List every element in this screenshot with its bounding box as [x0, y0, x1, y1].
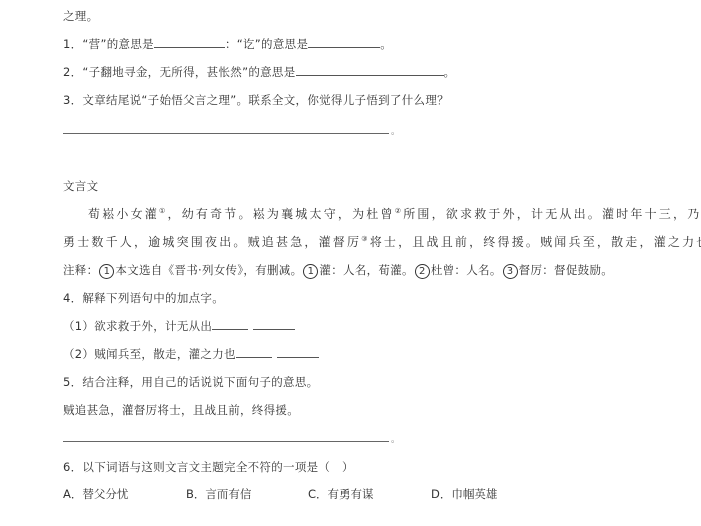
answer-line-3-period: 。: [391, 124, 400, 137]
footnote-marker-3: ③: [361, 235, 369, 243]
question-2-prefix: 2．“子翻地寻金，无所得，甚怅然”的意思是: [63, 65, 296, 79]
answer-blank-4-1a[interactable]: [212, 318, 248, 330]
answer-blank-4-2a[interactable]: [236, 346, 272, 358]
note-circle-1: 1: [99, 264, 114, 279]
note-text-3: 杜曾：人名。: [431, 263, 502, 277]
question-2-suffix: 。: [444, 65, 456, 79]
answer-blank-4-2b[interactable]: [277, 346, 319, 358]
note-text-4: 督厉：督促鼓励。: [519, 263, 613, 277]
question-3: 3．文章结尾说“子始悟父言之理”。联系全文，你觉得儿子悟到了什么理？: [63, 92, 449, 108]
option-d[interactable]: D．巾帼英雄: [431, 486, 497, 502]
question-2: 2．“子翻地寻金，无所得，甚怅然”的意思是。: [63, 64, 455, 80]
answer-line-3[interactable]: [63, 133, 389, 134]
answer-blank-1a[interactable]: [154, 36, 225, 48]
option-c[interactable]: C．有勇有谋: [308, 486, 374, 502]
note-circle-3: 2: [415, 264, 430, 279]
option-b[interactable]: B．言而有信: [186, 486, 251, 502]
question-4-item-2-text: （2）贼闻兵至，散走，灌之力也: [63, 347, 236, 361]
passage-text: ，幼有奇节。崧为襄城太守，为杜曾: [168, 207, 395, 221]
answer-blank-4-1b[interactable]: [253, 318, 295, 330]
section-title: 文言文: [63, 178, 98, 194]
question-5-sentence: 贼追甚急，灌督厉将士，且战且前，终得援。: [63, 402, 299, 418]
question-1-suffix: 。: [380, 37, 392, 51]
answer-line-5[interactable]: [63, 441, 389, 442]
question-4-item-1: （1）欲求救于外，计无从出: [63, 318, 295, 334]
question-1-middle: ：“讫”的意思是: [225, 37, 308, 51]
passage-text: 勇士数千人，逾城突围夜出。贼追甚急，灌督厉: [63, 235, 361, 249]
option-a[interactable]: A．替父分忧: [63, 486, 128, 502]
passage-text: 荀崧小女灌: [88, 207, 159, 221]
passage-text: 所围，欲求救于外，计无从出。灌时年十三，乃率: [403, 207, 701, 221]
notes: 注释：1本文选自《晋书·列女传》，有删减。1灌：人名，荀灌。2杜曾：人名。3督厉…: [63, 262, 613, 279]
notes-label: 注释：: [63, 263, 98, 277]
intro-tail-text: 之理。: [63, 8, 98, 24]
answer-line-5-period: 。: [391, 432, 400, 445]
question-6: 6．以下词语与这则文言文主题完全不符的一项是（ ）: [63, 459, 354, 475]
note-circle-2: 1: [303, 264, 318, 279]
question-4-item-1-text: （1）欲求救于外，计无从出: [63, 319, 212, 333]
passage-line-2: 勇士数千人，逾城突围夜出。贼追甚急，灌督厉③将士，且战且前，终得援。贼闻兵至，散…: [63, 234, 701, 250]
note-text-1: 本文选自《晋书·列女传》，有删减。: [115, 263, 302, 277]
answer-blank-2[interactable]: [296, 64, 444, 76]
passage-text: 将士，且战且前，终得援。贼闻兵至，散走，灌之力也。: [370, 235, 701, 249]
question-1: 1．“营”的意思是：“讫”的意思是。: [63, 36, 392, 52]
note-text-2: 灌：人名，荀灌。: [319, 263, 413, 277]
question-4-item-2: （2）贼闻兵至，散走，灌之力也: [63, 346, 319, 362]
footnote-marker-1: ①: [159, 207, 167, 215]
question-4: 4．解释下列语句中的加点字。: [63, 290, 224, 306]
passage-line-1: 荀崧小女灌①，幼有奇节。崧为襄城太守，为杜曾②所围，欲求救于外，计无从出。灌时年…: [88, 206, 701, 222]
answer-blank-1b[interactable]: [308, 36, 380, 48]
note-circle-4: 3: [503, 264, 518, 279]
question-5: 5．结合注释，用自己的话说说下面句子的意思。: [63, 374, 318, 390]
footnote-marker-2: ②: [395, 207, 403, 215]
question-1-prefix: 1．“营”的意思是: [63, 37, 154, 51]
